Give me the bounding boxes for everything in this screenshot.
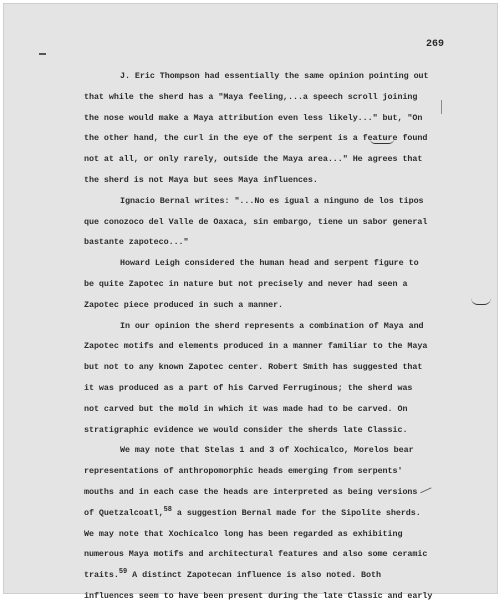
text-line: representations of anthropomorphic heads… — [84, 461, 444, 482]
text-line: not carved but the mold in which it was … — [84, 399, 444, 420]
text-line: stratigraphic evidence we would consider… — [84, 420, 444, 441]
text-line: We may note that Xochicalco long has bee… — [84, 524, 444, 545]
text-line: Zapotec piece produced in such a manner. — [84, 295, 444, 316]
text-line: Howard Leigh considered the human head a… — [84, 253, 444, 274]
text-line: Ignacio Bernal writes: "...No es igual a… — [84, 191, 444, 212]
text-segment: traits. — [84, 570, 119, 580]
text-line: We may note that Stelas 1 and 3 of Xochi… — [84, 440, 444, 461]
text-line: be quite Zapotec in nature but not preci… — [84, 274, 444, 295]
text-line: influences seem to have been present dur… — [84, 586, 444, 600]
text-segment: of Quetzalcoatl, — [84, 508, 164, 518]
text-line: the sherd is not Maya but sees Maya infl… — [84, 170, 444, 191]
text-line: but not to any known Zapotec center. Rob… — [84, 357, 444, 378]
document-page: 269 J. Eric Thompson had essentially the… — [3, 3, 498, 594]
text-line: it was produced as a part of his Carved … — [84, 378, 444, 399]
footnote-ref-59: 59 — [119, 568, 127, 576]
text-line: not at all, or only rarely, outside the … — [84, 149, 444, 170]
text-line: In our opinion the sherd represents a co… — [84, 316, 444, 337]
text-line: numerous Maya motifs and architectural f… — [84, 544, 444, 565]
text-line: traits.59 A distinct Zapotecan influence… — [84, 565, 444, 586]
text-line: of Quetzalcoatl,58 a suggestion Bernal m… — [84, 503, 444, 524]
text-line: the other hand, the curl in the eye of t… — [84, 128, 444, 149]
text-line: that while the sherd has a "Maya feeling… — [84, 87, 444, 108]
text-line: Zapotec motifs and elements produced in … — [84, 336, 444, 357]
text-line: mouths and in each case the heads are in… — [84, 482, 444, 503]
page-number: 269 — [426, 39, 444, 50]
text-line: bastante zapoteco..." — [84, 232, 444, 253]
text-segment: a suggestion Bernal made for the Sipolit… — [172, 508, 421, 518]
margin-mark — [39, 53, 46, 55]
margin-mark — [471, 298, 491, 305]
text-segment: A distinct Zapotecan influence is also n… — [127, 570, 381, 580]
footnote-ref-58: 58 — [164, 506, 172, 514]
text-line: the nose would make a Maya attribution e… — [84, 108, 444, 129]
text-line: J. Eric Thompson had essentially the sam… — [84, 66, 444, 87]
text-line: que conozoco del Valle de Oaxaca, sin em… — [84, 212, 444, 233]
body-text: J. Eric Thompson had essentially the sam… — [84, 66, 444, 600]
